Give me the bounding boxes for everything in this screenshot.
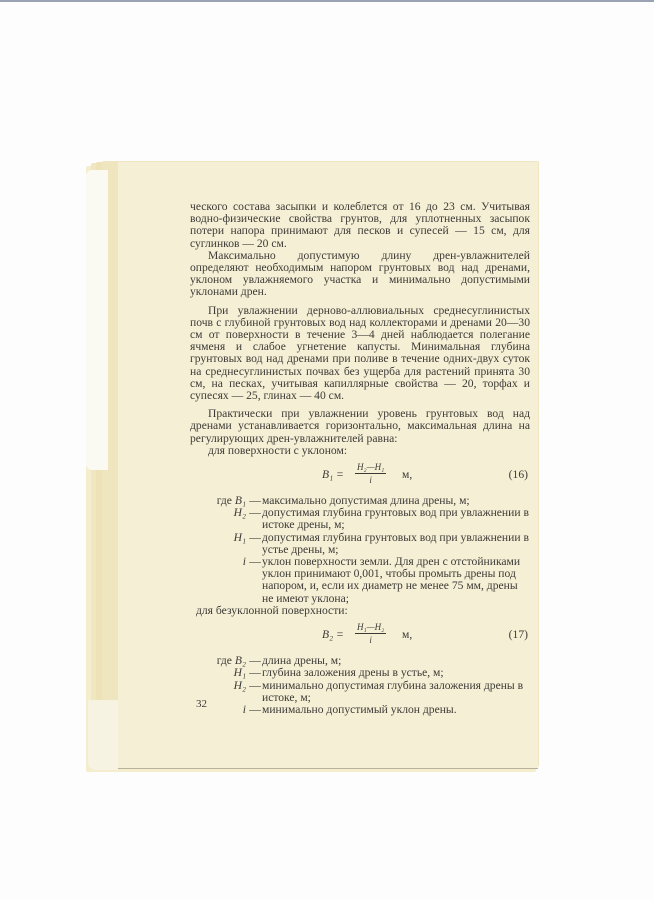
page-text: ческого состава засыпки и колеблется от … (190, 201, 530, 716)
denominator: i (355, 634, 386, 646)
denominator: i (355, 474, 386, 486)
formula-lhs: B₂ = (322, 629, 344, 641)
equation-number: (16) (509, 469, 528, 481)
formula-16: B₁ = H₂—H₁ i м, (16) (190, 461, 530, 491)
def-text: допустимая глубина грунтовых вод при увл… (262, 507, 530, 531)
page-curl (86, 170, 108, 470)
scan-edge (0, 0, 654, 2)
paragraph: Максимально допустимую длину дрен-увлажн… (190, 250, 530, 299)
formula-unit: м, (402, 629, 412, 641)
formula-intro: для поверхности с уклоном: (190, 445, 530, 457)
def-symbol: H₁ (190, 532, 248, 556)
definitions-list: где B₁—максимально допустимая длина дрен… (190, 495, 530, 605)
page-curl-bottom (88, 700, 118, 770)
def-text: допустимая глубина грунтовых вод при увл… (262, 532, 530, 556)
formula-intro: для безуклонной поверхности: (190, 605, 530, 617)
equation-number: (17) (509, 629, 528, 641)
numerator: H₁—H₂ (355, 621, 386, 634)
numerator: H₂—H₁ (355, 461, 386, 474)
formula-fraction: H₁—H₂ i (355, 621, 386, 646)
formula-fraction: H₂—H₁ i (355, 461, 386, 486)
definitions-list: где B₂—длина дрены, м; H₁—глубина заложе… (190, 655, 530, 716)
def-text: глубина заложения дрены в устье, м; (262, 667, 530, 679)
paragraph: Практически при увлажнении уровень грунт… (190, 408, 530, 445)
def-text: минимально допустимый уклон дрены. (262, 704, 530, 716)
def-symbol: H₁ (190, 667, 248, 679)
paragraph: При увлажнении дерново-аллювиальных сред… (190, 305, 530, 403)
def-text: минимально допустимая глубина заложения … (262, 680, 530, 704)
def-text: уклон поверхности земли. Для дрен с отст… (262, 556, 530, 605)
def-symbol: H₂ (190, 507, 248, 531)
page-number: 32 (196, 698, 207, 710)
def-symbol: i (190, 556, 248, 605)
formula-17: B₂ = H₁—H₂ i м, (17) (190, 621, 530, 651)
formula-lhs: B₁ = (322, 469, 344, 481)
formula-unit: м, (402, 469, 412, 481)
paragraph: ческого состава засыпки и колеблется от … (190, 201, 530, 250)
